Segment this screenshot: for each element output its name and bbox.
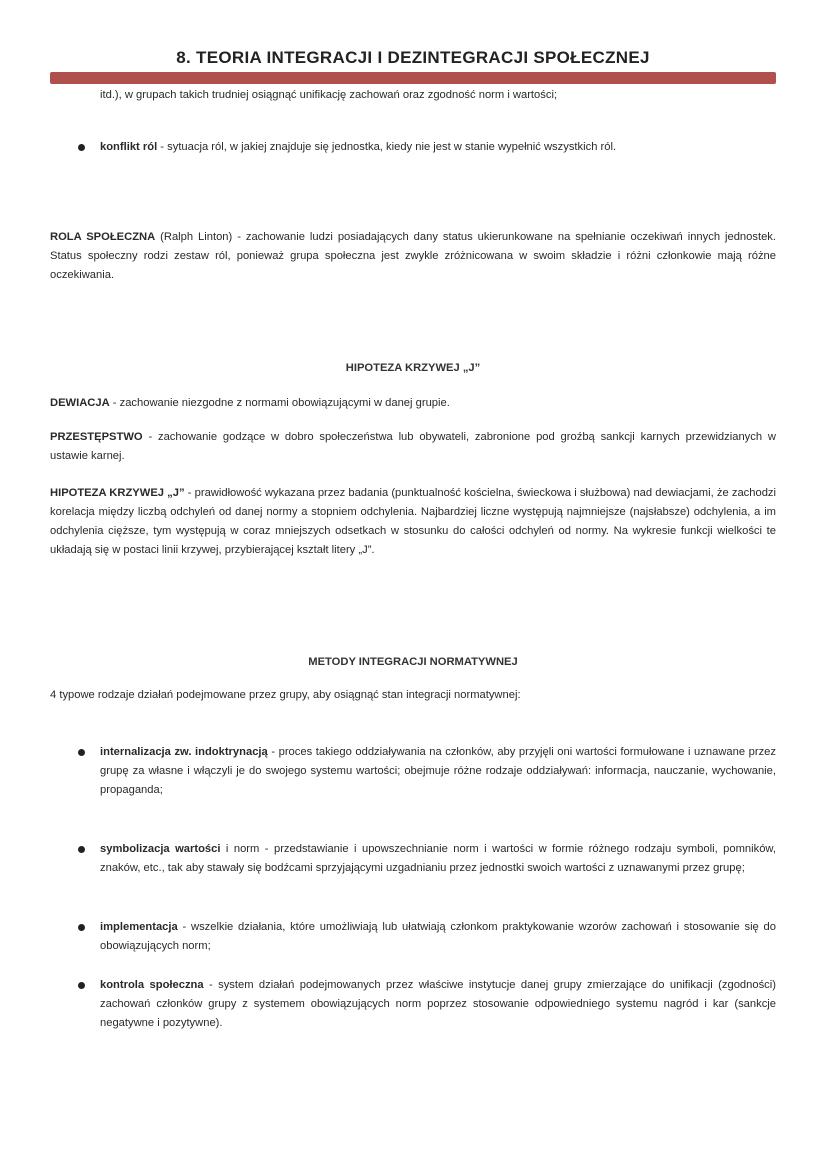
- list-item-konflikt-rol: konflikt ról - sytuacja ról, w jakiej zn…: [100, 138, 776, 157]
- list-item-internalizacja: internalizacja zw. indoktrynacją - proce…: [100, 743, 776, 800]
- definition: - zachowanie niezgodne z normami obowiąz…: [110, 397, 450, 409]
- term: konflikt ról: [100, 141, 157, 153]
- term: implementacja: [100, 921, 178, 933]
- paragraph-przestepstwo: PRZESTĘPSTWO - zachowanie godzące w dobr…: [50, 428, 776, 466]
- bullet-icon: [78, 749, 85, 756]
- bullet-icon: [78, 924, 85, 931]
- paragraph-rola-spoleczna: ROLA SPOŁECZNA (Ralph Linton) - zachowan…: [50, 228, 776, 285]
- paragraph-metody-intro: 4 typowe rodzaje działań podejmowane prz…: [50, 686, 776, 705]
- definition: - sytuacja ról, w jakiej znajduje się je…: [157, 141, 616, 153]
- list-item-implementacja: implementacja - wszelkie działania, któr…: [100, 918, 776, 956]
- continuation-paragraph: itd.), w grupach takich trudniej osiągną…: [100, 86, 776, 105]
- document-page: 8. TEORIA INTEGRACJI I DEZINTEGRACJI SPO…: [0, 0, 826, 1169]
- bullet-icon: [78, 846, 85, 853]
- page-title: 8. TEORIA INTEGRACJI I DEZINTEGRACJI SPO…: [0, 48, 826, 68]
- term: DEWIACJA: [50, 397, 110, 409]
- term-suffix: i norm: [220, 843, 259, 855]
- term: HIPOTEZA KRZYWEJ „J”: [50, 487, 185, 499]
- section-heading-hipoteza: HIPOTEZA KRZYWEJ „J”: [0, 362, 826, 374]
- term: internalizacja zw. indoktrynacją: [100, 746, 268, 758]
- definition: (Ralph Linton) - zachowanie ludzi posiad…: [50, 231, 776, 281]
- title-underline-bar: [50, 72, 776, 84]
- list-item-kontrola-spoleczna: kontrola społeczna - system działań pode…: [100, 976, 776, 1033]
- bullet-icon: [78, 144, 85, 151]
- definition: - zachowanie godzące w dobro społeczeńst…: [50, 431, 776, 462]
- section-heading-metody: METODY INTEGRACJI NORMATYWNEJ: [0, 656, 826, 668]
- paragraph-dewiacja: DEWIACJA - zachowanie niezgodne z normam…: [50, 394, 776, 413]
- list-item-symbolizacja: symbolizacja wartości i norm - przedstaw…: [100, 840, 776, 878]
- term: symbolizacja wartości: [100, 843, 220, 855]
- term: PRZESTĘPSTWO: [50, 431, 143, 443]
- definition: - wszelkie działania, które umożliwiają …: [100, 921, 776, 952]
- term: ROLA SPOŁECZNA: [50, 231, 155, 243]
- bullet-icon: [78, 982, 85, 989]
- term: kontrola społeczna: [100, 979, 204, 991]
- paragraph-hipoteza-krzywej-j: HIPOTEZA KRZYWEJ „J” - prawidłowość wyka…: [50, 484, 776, 560]
